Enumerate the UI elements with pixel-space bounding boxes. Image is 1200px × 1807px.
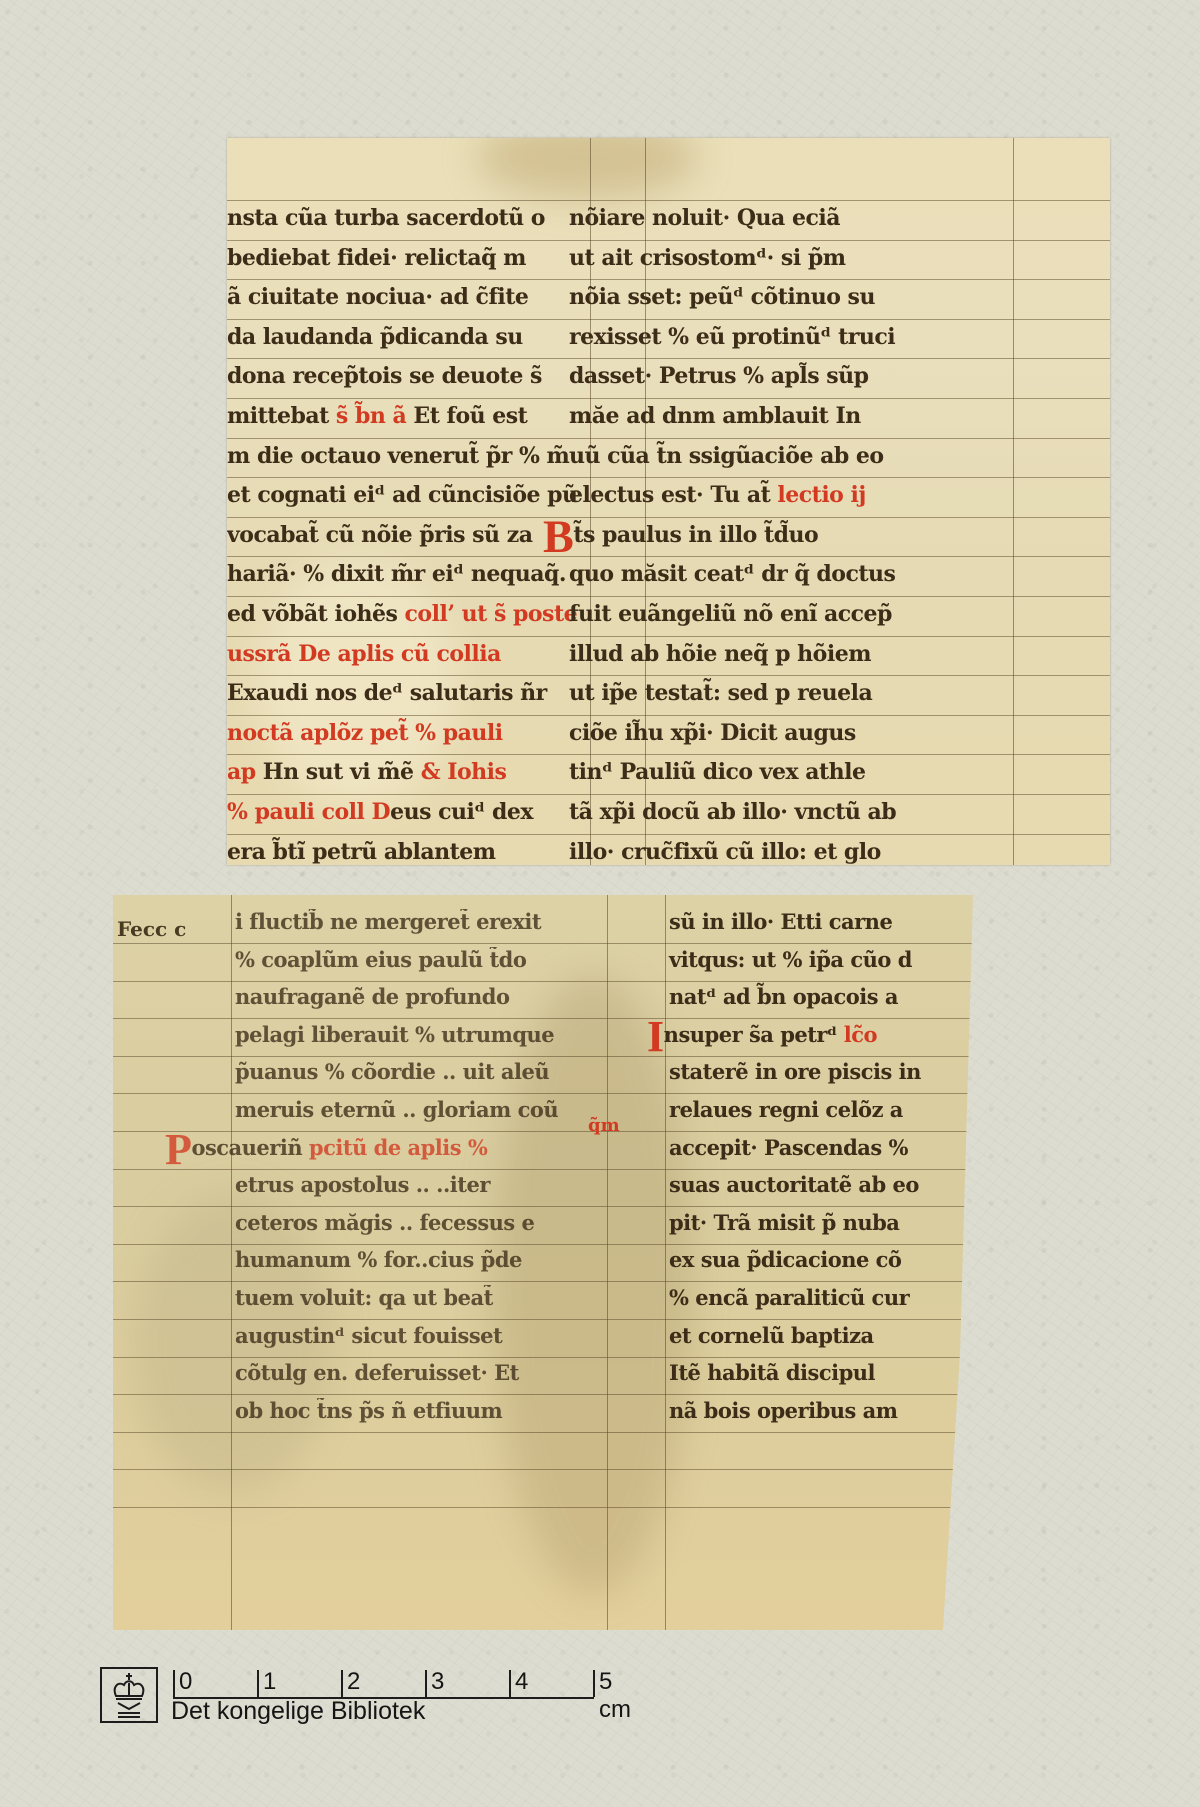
column-rule xyxy=(665,895,666,1630)
ruler-label: 4 xyxy=(515,1668,528,1696)
manuscript-line: humanum % for..cius p̃de xyxy=(235,1247,600,1272)
line-text: ex sua p̃dicacione cõ xyxy=(669,1247,901,1272)
marginal-note: Fecc c xyxy=(117,917,186,941)
line-text: % encã paraliticũ cur xyxy=(669,1285,909,1310)
ruling-line xyxy=(113,1394,973,1395)
manuscript-line: sũ in illo· Etti carne xyxy=(669,909,959,934)
manuscript-line: natᵈ ad b̃n opacois a xyxy=(669,984,959,1009)
stain xyxy=(477,138,697,198)
manuscript-line: hariã· % dixit m̃r eiᵈ nequaq̃. xyxy=(227,561,587,587)
line-text: quo măsit ceatᵈ dr q̃ doctus xyxy=(569,561,895,587)
line-text: Et foũ est xyxy=(413,403,527,429)
manuscript-line: da laudanda p̃dicanda su xyxy=(227,324,587,350)
line-text: oscaueriñ xyxy=(191,1135,308,1160)
rubric-text: lc̃o xyxy=(844,1022,877,1047)
ruling-line xyxy=(227,596,1110,597)
ruler-tick xyxy=(425,1670,427,1697)
manuscript-line: noctã aplõz pet̃ % pauli xyxy=(227,720,587,746)
manuscript-line: electus est· Tu at̃ lectio ij xyxy=(569,482,964,508)
rubric-text: D xyxy=(372,799,391,825)
manuscript-line: et cognati eiᵈ ad cũncisiõe pũ xyxy=(227,482,587,508)
ruling-line xyxy=(113,1169,973,1170)
manuscript-line: Exaudi nos deᵈ salutaris ñr xyxy=(227,680,587,706)
ruler-end-label: 5 cm xyxy=(599,1668,631,1724)
manuscript-line: fuit euãngeliũ nõ enĩ accep̃ xyxy=(569,601,964,627)
manuscript-line: nã bois operibus am xyxy=(669,1398,959,1423)
manuscript-line: Insuper s̃a petrᵈ lc̃o xyxy=(669,1022,959,1047)
rubric-text: & Iohis xyxy=(421,759,507,785)
ruling-line xyxy=(227,477,1110,478)
ruling-line xyxy=(113,1357,973,1358)
manuscript-fragment-bottom: Fecc c q̃m i fluctib̃ ne mergeret̃ erexi… xyxy=(113,895,973,1630)
line-text: natᵈ ad b̃n opacois a xyxy=(669,984,898,1009)
line-text: electus est· Tu at̃ xyxy=(569,482,777,508)
line-text: illud ab hõie neq̃ p hõiem xyxy=(569,641,871,667)
ruler-tick xyxy=(173,1670,175,1697)
line-text: rexisset % eũ protinũᵈ truci xyxy=(569,324,895,350)
ruling-line xyxy=(227,675,1110,676)
line-text: vitqus: ut % ip̃a cũo d xyxy=(669,947,912,972)
manuscript-line: ex sua p̃dicacione cõ xyxy=(669,1247,959,1272)
manuscript-line: ed võbãt iohẽs coll’ ut s̃ poste xyxy=(227,601,587,627)
line-text: % pauli coll xyxy=(227,799,372,825)
rubric-text: coll’ ut s̃ poste xyxy=(405,601,578,627)
manuscript-line: ã ciuitate nociua· ad c̃fite xyxy=(227,284,587,310)
line-text: ciõe ih̃u xp̃i· Dicit augus xyxy=(569,720,856,746)
manuscript-line: vitqus: ut % ip̃a cũo d xyxy=(669,947,959,972)
line-text: ceteros măgis .. fecessus e xyxy=(235,1210,534,1235)
line-text: ut ip̃e testat̃: sed p reuela xyxy=(569,680,872,706)
rubric-text: s̃ b̃n ã xyxy=(329,403,414,429)
line-text: tinᵈ Pauliũ dico vex athle xyxy=(569,759,866,785)
line-text: ap xyxy=(227,759,256,785)
line-text: meruis eternũ .. gloriam coũ xyxy=(235,1097,558,1122)
line-text: fuit euãngeliũ nõ enĩ accep̃ xyxy=(569,601,892,627)
ruler-label: 0 xyxy=(179,1668,192,1696)
manuscript-line: era b̃tĩ petrũ ablantem xyxy=(227,839,587,865)
line-text: dasset· Petrus % apl̃s sũp xyxy=(569,363,869,389)
line-text: staterẽ in ore piscis in xyxy=(669,1059,921,1084)
line-text: illo· cruc̃fixũ cũ illo: et glo xyxy=(569,839,881,865)
ruler-tick xyxy=(509,1670,511,1697)
ruling-line xyxy=(227,279,1110,280)
ruling-line xyxy=(113,1507,973,1508)
manuscript-line: pelagi liberauit % utrumque xyxy=(235,1022,600,1047)
manuscript-line: pit· Trã misit p̃ nuba xyxy=(669,1210,959,1235)
manuscript-line: tinᵈ Pauliũ dico vex athle xyxy=(569,759,964,785)
line-text: i fluctib̃ ne mergeret̃ erexit xyxy=(235,909,541,934)
ruler-label: 1 xyxy=(263,1668,276,1696)
line-text: ã ciuitate nociua· ad c̃fite xyxy=(227,284,528,310)
line-text: nsta cũa turba sacerdotũ o xyxy=(227,205,545,231)
rubric-initial: I xyxy=(647,1012,664,1061)
line-text: ussrã xyxy=(227,641,298,667)
scale-ruler: 0 1 2 3 4 5 cm xyxy=(173,1670,594,1699)
manuscript-line: tã xp̃i docũ ab illo· vnctũ ab xyxy=(569,799,964,825)
ruling-line xyxy=(113,943,973,944)
line-text: uũ cũa t̃n ssigũaciõe ab eo xyxy=(569,443,884,469)
line-text: cõtulg en. deferuisset· xyxy=(235,1360,494,1385)
line-text: t̃s paulus in illo t̃d̃uo xyxy=(573,522,818,548)
ruling-line xyxy=(227,398,1110,399)
line-text: tã xp̃i docũ ab illo· vnctũ ab xyxy=(569,799,896,825)
manuscript-line: nsta cũa turba sacerdotũ o xyxy=(227,205,587,231)
manuscript-line: naufraganẽ de profundo xyxy=(235,984,600,1009)
line-text: suas auctoritatẽ ab eo xyxy=(669,1172,919,1197)
line-text: mittebat xyxy=(227,403,329,429)
ruling-line xyxy=(227,517,1110,518)
manuscript-line: vocabat̃ cũ nõie p̃ris sũ za xyxy=(227,522,587,548)
ruling-line xyxy=(227,754,1110,755)
manuscript-line: nõiare noluit· Qua eciã xyxy=(569,205,964,231)
manuscript-line: Itẽ habitã discipul xyxy=(669,1360,959,1385)
line-text: accepit· Pascendas % xyxy=(669,1135,908,1160)
rubric-text: lectio ij xyxy=(777,482,865,508)
line-text: Itẽ habitã discipul xyxy=(669,1360,875,1385)
ruling-line xyxy=(113,1281,973,1282)
manuscript-line: nõia sset: peũᵈ cõtinuo su xyxy=(569,284,964,310)
ruling-line xyxy=(227,358,1110,359)
line-text: eus cuiᵈ dex xyxy=(390,799,533,825)
line-text: măe ad dnm amblauit In xyxy=(569,403,861,429)
ruling-line xyxy=(227,556,1110,557)
line-text: naufraganẽ de profundo xyxy=(235,984,509,1009)
line-text: noctã aplõz pet̃ % pauli xyxy=(227,720,503,746)
manuscript-line: staterẽ in ore piscis in xyxy=(669,1059,959,1084)
ruling-line xyxy=(227,715,1110,716)
ruler-tick xyxy=(341,1670,343,1697)
line-text: relaues regni celõz a xyxy=(669,1097,903,1122)
line-text: ut ait crisostomᵈ· si p̃m xyxy=(569,245,846,271)
manuscript-line: ut ait crisostomᵈ· si p̃m xyxy=(569,245,964,271)
ruling-line xyxy=(113,981,973,982)
line-text: etrus apostolus .. ..iter xyxy=(235,1172,490,1197)
ruling-line xyxy=(113,1093,973,1094)
ruler-tick xyxy=(257,1670,259,1697)
manuscript-line: măe ad dnm amblauit In xyxy=(569,403,964,429)
manuscript-line: m die octauo venerut̃ p̃r % m̃ xyxy=(227,443,587,469)
rubric-initial: P xyxy=(165,1125,191,1174)
rubric-initial: B xyxy=(543,511,573,562)
manuscript-line: % encã paraliticũ cur xyxy=(669,1285,959,1310)
manuscript-fragment-top: nsta cũa turba sacerdotũ obediebat fid… xyxy=(227,138,1110,865)
ruling-line xyxy=(227,200,1110,201)
line-text: p̃uanus % cõordie .. uit aleũ xyxy=(235,1059,549,1084)
manuscript-line: cõtulg en. deferuisset· Et xyxy=(235,1360,600,1385)
manuscript-line: dona recep̃tois se deuote s̃ xyxy=(227,363,587,389)
manuscript-line: uũ cũa t̃n ssigũaciõe ab eo xyxy=(569,443,964,469)
line-text: nõia sset: peũᵈ cõtinuo su xyxy=(569,284,875,310)
library-name: Det kongelige Bibliotek xyxy=(171,1697,425,1726)
ruling-line xyxy=(113,1056,973,1057)
rubric-text: De aplis cũ collia xyxy=(298,641,501,667)
crown-icon xyxy=(102,1669,156,1721)
manuscript-line: ussrã De aplis cũ collia xyxy=(227,641,587,667)
manuscript-line: etrus apostolus .. ..iter xyxy=(235,1172,600,1197)
ruling-line xyxy=(227,636,1110,637)
ruling-line xyxy=(113,1244,973,1245)
manuscript-line: accepit· Pascendas % xyxy=(669,1135,959,1160)
line-text: nã bois operibus am xyxy=(669,1398,898,1423)
manuscript-line: augustinᵈ sicut fouisset xyxy=(235,1323,600,1348)
manuscript-line: Bt̃s paulus in illo t̃d̃uo xyxy=(569,522,964,548)
manuscript-line: i fluctib̃ ne mergeret̃ erexit xyxy=(235,909,600,934)
ruling-line xyxy=(227,240,1110,241)
ruling-line xyxy=(227,834,1110,835)
column-rule xyxy=(1013,138,1014,865)
manuscript-line: ob hoc t̃ns p̃s ñ etfiuum xyxy=(235,1398,600,1423)
manuscript-line: ut ip̃e testat̃: sed p reuela xyxy=(569,680,964,706)
line-text: ed võbãt iohẽs xyxy=(227,601,405,627)
manuscript-line: % pauli coll Deus cuiᵈ dex xyxy=(227,799,587,825)
manuscript-line: illo· cruc̃fixũ cũ illo: et glo xyxy=(569,839,964,865)
line-text: Hn sut vi m̃ẽ xyxy=(256,759,421,785)
ruling-line xyxy=(113,1469,973,1470)
line-text: tuem voluit: qa ut beat̃ xyxy=(235,1285,493,1310)
manuscript-line: Poscaueriñ pcitũ de aplis % xyxy=(235,1135,600,1160)
line-text: pit· Trã misit p̃ nuba xyxy=(669,1210,899,1235)
manuscript-line: % coaplũm eius paulũ t̃do xyxy=(235,947,600,972)
ruling-line xyxy=(113,1319,973,1320)
ruling-line xyxy=(227,794,1110,795)
ruling-line xyxy=(113,1432,973,1433)
line-text: dona recep̃tois se deuote s̃ xyxy=(227,363,542,389)
line-text: hariã· % dixit m̃r eiᵈ nequaq̃. xyxy=(227,561,566,587)
line-text: vocabat̃ cũ nõie p̃ris sũ za xyxy=(227,522,532,548)
line-text: pelagi liberauit % utrumque xyxy=(235,1022,554,1047)
manuscript-line: bediebat fidei· relictaq̃ m xyxy=(227,245,587,271)
ruling-line xyxy=(113,1018,973,1019)
line-text: nõiare noluit· Qua eciã xyxy=(569,205,840,231)
line-text: bediebat fidei· relictaq̃ m xyxy=(227,245,526,271)
manuscript-line: relaues regni celõz a xyxy=(669,1097,959,1122)
ruling-line xyxy=(113,1206,973,1207)
line-text: Et xyxy=(494,1360,519,1385)
ruling-line xyxy=(227,438,1110,439)
manuscript-line: rexisset % eũ protinũᵈ truci xyxy=(569,324,964,350)
column-rule xyxy=(607,895,608,1630)
line-text: Exaudi nos deᵈ salutaris ñr xyxy=(227,680,547,706)
manuscript-line: ceteros măgis .. fecessus e xyxy=(235,1210,600,1235)
line-text: m die octauo venerut̃ p̃r % m̃ xyxy=(227,443,569,469)
line-text: era b̃tĩ petrũ ablantem xyxy=(227,839,496,865)
library-logo xyxy=(100,1667,158,1723)
manuscript-line: ap Hn sut vi m̃ẽ & Iohis xyxy=(227,759,587,785)
manuscript-line: tuem voluit: qa ut beat̃ xyxy=(235,1285,600,1310)
manuscript-line: quo măsit ceatᵈ dr q̃ doctus xyxy=(569,561,964,587)
manuscript-line: p̃uanus % cõordie .. uit aleũ xyxy=(235,1059,600,1084)
manuscript-line: suas auctoritatẽ ab eo xyxy=(669,1172,959,1197)
ruler-tick xyxy=(593,1670,595,1697)
manuscript-line: mittebat s̃ b̃n ã Et foũ est xyxy=(227,403,587,429)
line-text: et cornelũ baptiza xyxy=(669,1323,874,1348)
manuscript-line: et cornelũ baptiza xyxy=(669,1323,959,1348)
manuscript-line: meruis eternũ .. gloriam coũ xyxy=(235,1097,600,1122)
manuscript-line: illud ab hõie neq̃ p hõiem xyxy=(569,641,964,667)
line-text: sũ in illo· Etti carne xyxy=(669,909,892,934)
ruler-label: 2 xyxy=(347,1668,360,1696)
ruling-line xyxy=(227,319,1110,320)
manuscript-line: ciõe ih̃u xp̃i· Dicit augus xyxy=(569,720,964,746)
line-text: et cognati eiᵈ ad cũncisiõe pũ xyxy=(227,482,578,508)
line-text: augustinᵈ sicut fouisset xyxy=(235,1323,502,1348)
line-text: da laudanda p̃dicanda su xyxy=(227,324,523,350)
ruling-line xyxy=(113,1131,973,1132)
line-text: nsuper s̃a petrᵈ xyxy=(664,1022,844,1047)
manuscript-line: dasset· Petrus % apl̃s sũp xyxy=(569,363,964,389)
column-rule xyxy=(231,895,232,1630)
line-text: humanum % for..cius p̃de xyxy=(235,1247,522,1272)
rubric-text: pcitũ de aplis % xyxy=(309,1135,487,1160)
line-text: ob hoc t̃ns p̃s ñ etfiuum xyxy=(235,1398,502,1423)
ruler-label: 3 xyxy=(431,1668,444,1696)
line-text: % coaplũm eius paulũ t̃do xyxy=(235,947,526,972)
